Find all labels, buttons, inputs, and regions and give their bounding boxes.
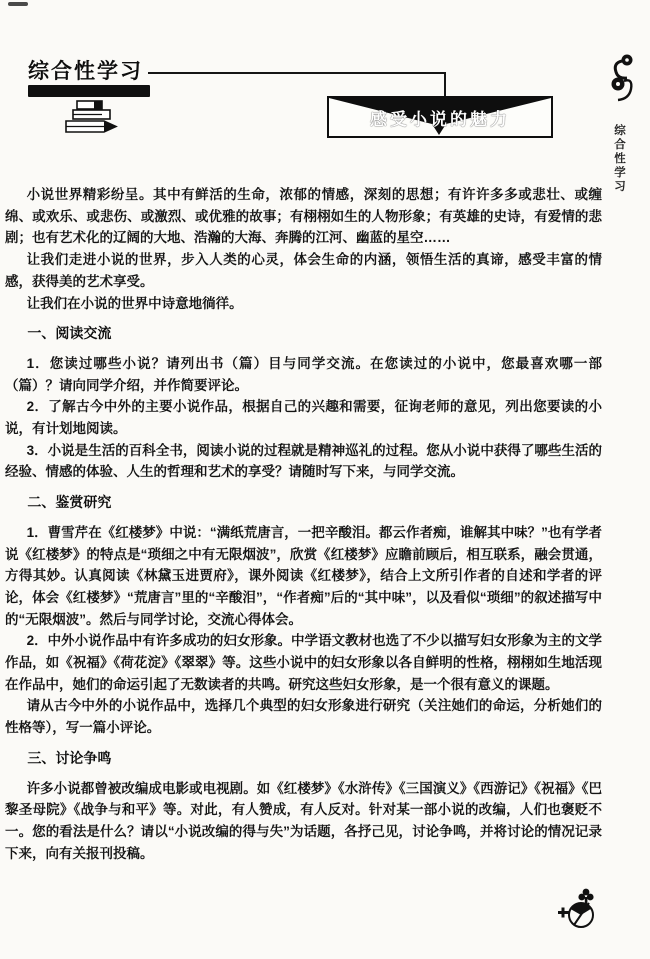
unit-title: 感受小说的魅力: [329, 105, 551, 130]
intro-paragraph-3: 让我们在小说的世界中诗意地徜徉。: [5, 293, 602, 315]
task-item: 2．中外小说作品中有许多成功的妇女形象。中学语文教材也选了不少以描写妇女形象为主…: [5, 630, 602, 695]
textbook-page: 综合性学习 感受小说的魅力 综合性学习 小说世界精彩纷呈。其中有鲜活的生命，浓郁…: [0, 0, 650, 959]
clock-ball-ornament-icon: [556, 886, 604, 934]
connector-line-vertical: [444, 72, 446, 98]
task-item: 1．您读过哪些小说？请列出书（篇）目与同学交流。在您读过的小说中，您最喜欢哪一部…: [5, 353, 602, 396]
books-stack-icon: [60, 99, 120, 135]
task-item: 1．曹雪芹在《红楼梦》中说：“满纸荒唐言，一把辛酸泪。都云作者痴，谁解其中味？”…: [5, 522, 602, 631]
section-heading-reading-exchange: 一、阅读交流: [5, 323, 602, 345]
intro-paragraph-1: 小说世界精彩纷呈。其中有鲜活的生命，浓郁的情感，深刻的思想；有许许多多或悲壮、或…: [5, 184, 602, 249]
floral-ornament-icon: [604, 52, 638, 102]
section-heading-appreciation-research: 二、鉴赏研究: [5, 492, 602, 514]
section-heading-discussion-debate: 三、讨论争鸣: [5, 748, 602, 770]
unit-title-banner: 感受小说的魅力: [327, 96, 553, 138]
sidebar-vertical-label: 综合性学习: [611, 124, 627, 194]
scan-artifact-mark: [8, 2, 28, 6]
page-title: 综合性学习: [28, 55, 143, 85]
task-item: 2．了解古今中外的主要小说作品，根据自己的兴趣和需要，征询老师的意见，列出您要读…: [5, 396, 602, 439]
task-item: 请从古今中外的小说作品中，选择几个典型的妇女形象进行研究（关注她们的命运，分析她…: [5, 695, 602, 738]
title-underline-bar: [28, 85, 150, 97]
task-item: 许多小说都曾被改编成电影或电视剧。如《红楼梦》《水浒传》《三国演义》《西游记》《…: [5, 778, 602, 865]
task-item: 3．小说是生活的百科全书，阅读小说的过程就是精神巡礼的过程。您从小说中获得了哪些…: [5, 440, 602, 483]
body-content: 小说世界精彩纷呈。其中有鲜活的生命，浓郁的情感，深刻的思想；有许许多多或悲壮、或…: [5, 184, 602, 864]
intro-paragraph-2: 让我们走进小说的世界，步入人类的心灵，体会生命的内涵，领悟生活的真谛，感受丰富的…: [5, 249, 602, 292]
connector-line-horizontal: [148, 72, 446, 74]
